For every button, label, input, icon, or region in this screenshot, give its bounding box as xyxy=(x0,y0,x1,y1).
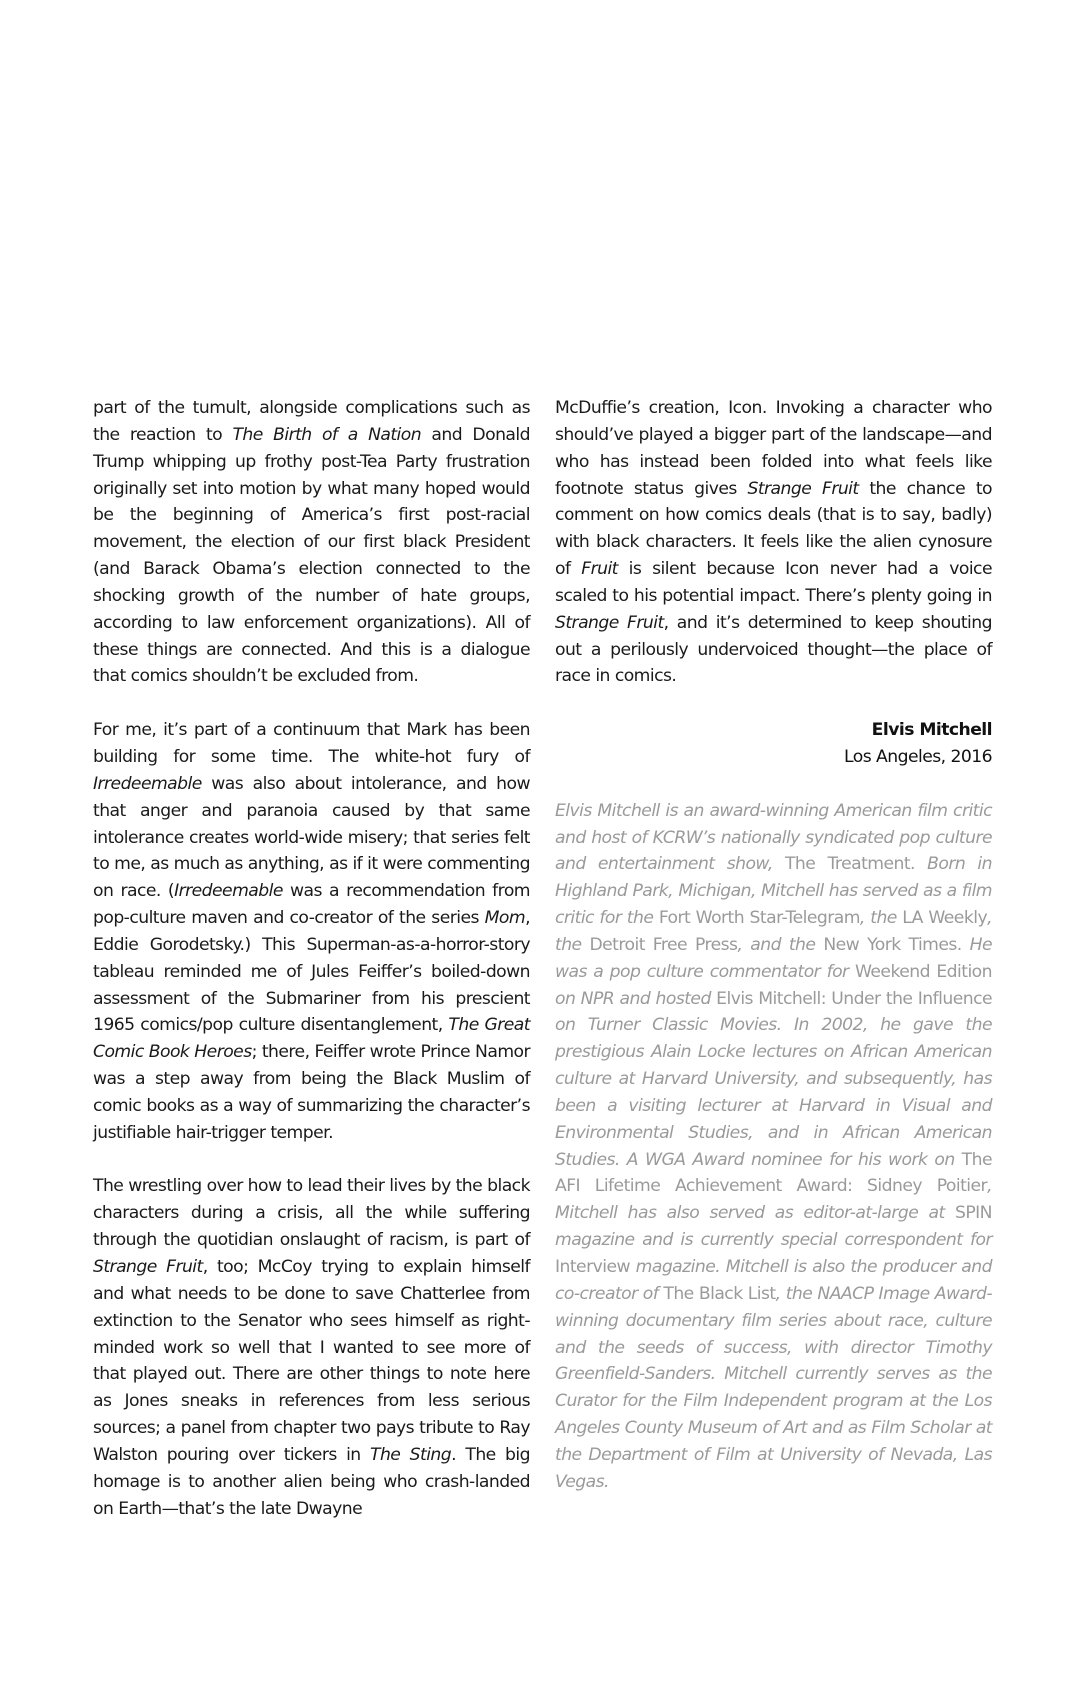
upright-title: SPIN xyxy=(955,1203,992,1223)
upright-title: New York Times. xyxy=(823,935,961,955)
upright-title: The Black List xyxy=(663,1284,775,1304)
paragraph: For me, it’s part of a continuum that Ma… xyxy=(93,717,530,1147)
paragraph: The wrestling over how to lead their liv… xyxy=(93,1173,530,1522)
italic-title: The Great Comic Book Heroes xyxy=(93,1015,530,1062)
italic-title: Strange Fruit xyxy=(93,1257,203,1277)
italic-title: Irredeemable xyxy=(93,774,202,794)
italic-title: Fruit xyxy=(581,559,618,579)
upright-title: The Treatment. xyxy=(785,854,915,874)
right-column: McDuffie’s creation, Icon. Invoking a ch… xyxy=(555,395,992,1522)
italic-title: Strange Fruit xyxy=(747,479,858,499)
upright-title: Weekend Edition xyxy=(855,962,992,982)
upright-title: LA Weekly xyxy=(902,908,987,928)
upright-title: Elvis Mitchell: Under the Influence xyxy=(716,989,992,1009)
essay-page: part of the tumult, alongside complicati… xyxy=(93,395,993,1522)
author-bio: Elvis Mitchell is an award-winning Ameri… xyxy=(555,798,992,1496)
upright-title: Detroit Free Press xyxy=(589,935,737,955)
paragraph: part of the tumult, alongside complicati… xyxy=(93,395,530,690)
paragraph: McDuffie’s creation, Icon. Invoking a ch… xyxy=(555,395,992,690)
author-name: Elvis Mitchell xyxy=(555,717,992,744)
upright-title: Interview xyxy=(555,1257,630,1277)
upright-title: The AFI Lifetime Achievement Award: Sidn… xyxy=(555,1150,992,1197)
italic-title: Mom xyxy=(485,908,525,928)
italic-title: The Birth of a Nation xyxy=(232,425,421,445)
left-column: part of the tumult, alongside complicati… xyxy=(93,395,530,1522)
italic-title: Irredeemable xyxy=(174,881,283,901)
byline: Elvis Mitchell Los Angeles, 2016 xyxy=(555,717,992,771)
author-place-date: Los Angeles, 2016 xyxy=(555,744,992,771)
upright-title: Fort Worth Star-Telegram xyxy=(659,908,860,928)
italic-title: Strange Fruit xyxy=(555,613,664,633)
italic-title: The Sting xyxy=(370,1445,451,1465)
